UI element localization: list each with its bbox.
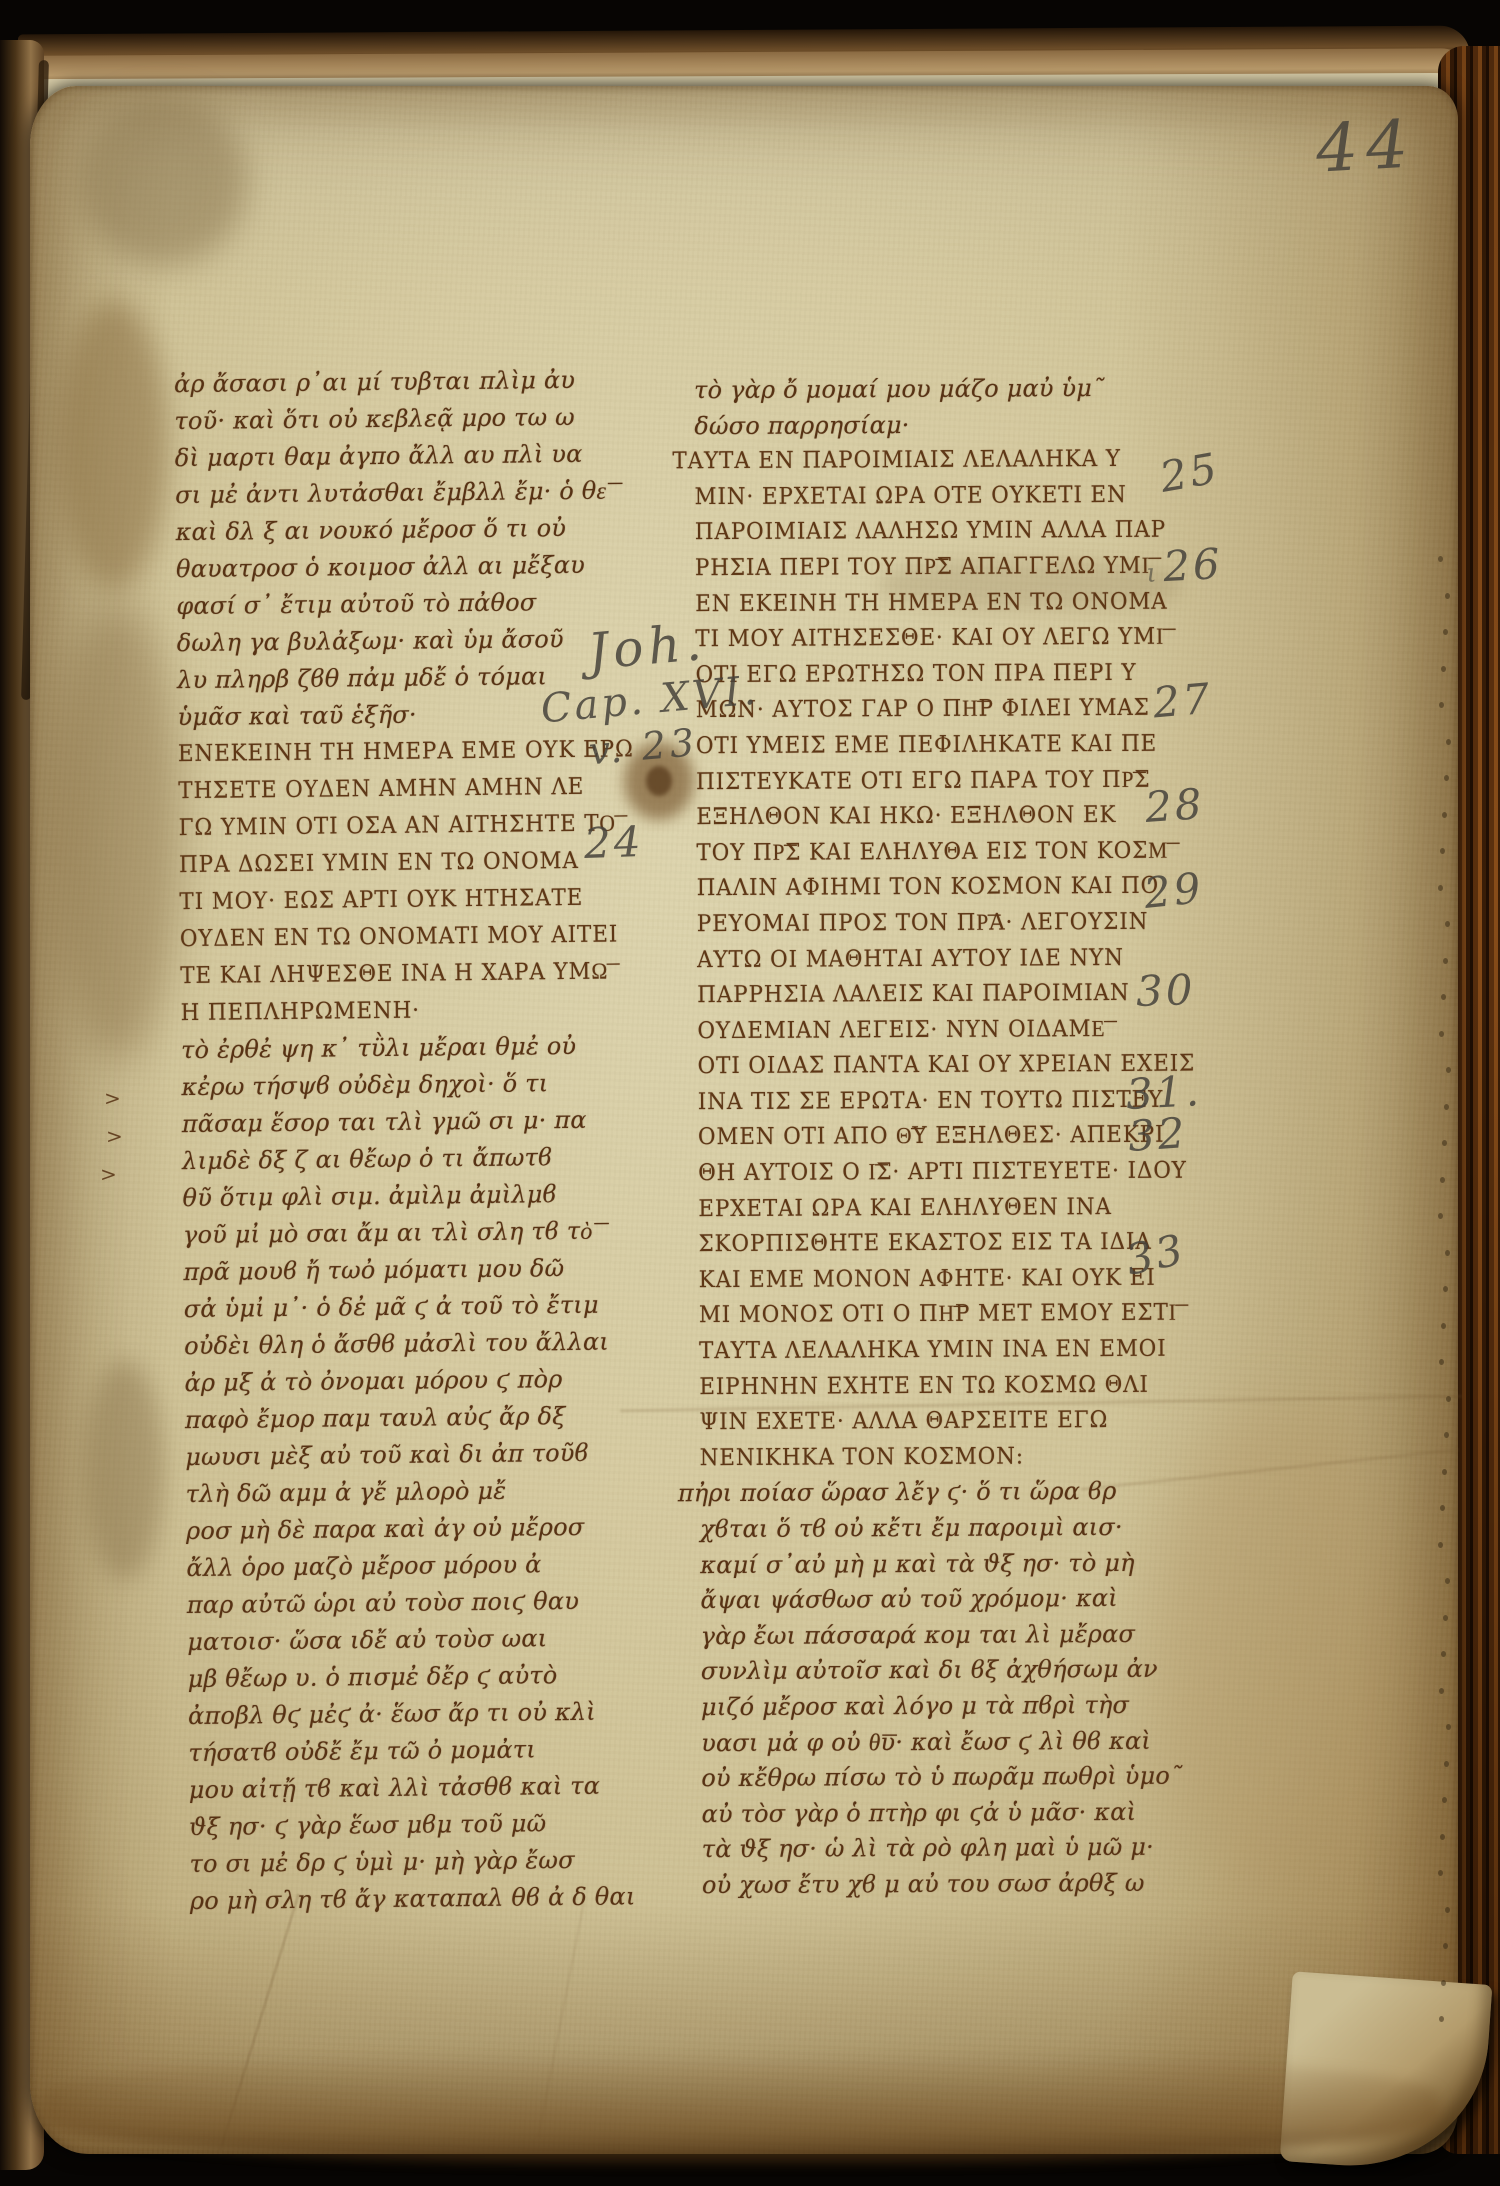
text-line: γοῦ μἰ μὸ σαι ἄμ αι τλὶ σλη τϐ τὸ͞ — [183, 1213, 581, 1254]
pricking-hole — [1439, 1031, 1444, 1037]
pricking-hole — [1438, 1870, 1443, 1876]
pricking-hole — [1440, 1505, 1445, 1511]
pricking-hole — [1440, 1177, 1445, 1183]
text-line: πᾶσαμ ἕσορ ται τλὶ γμῶ σι μ· πα — [182, 1102, 580, 1143]
text-line: ροσ μὴ δὲ παρα καὶ ἀγ οὐ μἔροσ — [186, 1509, 584, 1550]
text-line: μβ θἔωρ υ. ὁ πισμἐ δἔρ ϛ αὐτὸ — [187, 1657, 585, 1698]
pricking-hole — [1445, 1907, 1450, 1913]
text-line: χϐται ὅ τϐ οὐ κἔτι ἔμ παροιμὶ αισ· — [700, 1510, 1148, 1548]
text-line: ΕΞΗΛΘΟΝ ΚΑΙ ΗΚΩ· ΕΞΗΛΘΟΝ ΕΚ — [696, 798, 1113, 836]
pricking-hole — [1442, 1469, 1447, 1475]
text-line: ΜΙ ΜΟΝΟΣ ΟΤΙ Ο ΠΗ͞Ρ ΜΕΤ ΕΜΟΥ ΕΣΤΙ͞ — [699, 1296, 1116, 1334]
text-line: ΤΑΥΤΑ ΛΕΛΑΛΗΚΑ ΥΜΙΝ ΙΝΑ ΕΝ ΕΜΟΙ — [699, 1332, 1116, 1370]
text-line: ΤΙ ΜΟΥ ΑΙΤΗΣΕΣΘΕ· ΚΑΙ ΟΥ ΛΕΓΩ ΥΜΙ͞ — [695, 620, 1112, 658]
text-line: το σι μἐ δρ ϛ ὑμὶ μ· μὴ γὰρ ἔωσ — [189, 1842, 587, 1883]
pricking-hole — [1442, 1797, 1447, 1803]
verse-number-annotation: 32 — [1126, 1108, 1189, 1161]
text-line: δωλη γα βυλἀξωμ· καὶ ὑμ ἄσοῦ — [177, 621, 575, 662]
verse-number-annotation: 30 — [1135, 965, 1196, 1016]
pricking-hole — [1444, 1761, 1449, 1767]
text-line: ΤΑΥΤΑ ΕΝ ΠΑΡΟΙΜΙΑΙΣ ΛΕΛΑΛΗΚΑ Υ — [672, 442, 1109, 480]
text-line: πἠρι ποίασ ὥρασ λἔγ ϛ· ὅ τι ὥρα ϐρ — [678, 1474, 1148, 1512]
pricking-hole — [1446, 1724, 1451, 1730]
pricking-hole — [1445, 593, 1450, 599]
text-line: συνλὶμ αὐτοῖσ καὶ δι ϐξ ἀχθήσωμ ἀν — [701, 1652, 1149, 1690]
text-line: λιμδὲ δξ ζ αι θἔωρ ὁ τι ἄπωτϐ — [182, 1139, 580, 1180]
pricking-hole — [1439, 702, 1444, 708]
text-line: ΓΩ ΥΜΙΝ ΟΤΙ ΟΣΑ ΑΝ ΑΙΤΗΣΗΤΕ ΤΟ͞ — [179, 806, 550, 847]
pricking-hole — [1446, 739, 1451, 745]
pricking-hole — [1439, 1359, 1444, 1365]
text-line: φασί σ᾽ ἔτιμ αὐτοῦ τὸ πἀθοσ — [176, 584, 574, 625]
pricking-hole — [1443, 1286, 1448, 1292]
text-line: ματοισ· ὥσα ιδἔ αὐ τοὺσ ωαι — [187, 1620, 585, 1661]
text-line: ἀρ μξ ἀ τὸ ὀνομαι μόρου ϛ πὸρ — [184, 1361, 582, 1402]
text-line: καὶ δλ ξ αι νουκό μἔροσ ὅ τι οὐ — [175, 510, 573, 551]
text-line: αὐ τὸσ γὰρ ὁ πτὴρ φι ϛἀ ὑ μᾶσ· καὶ — [701, 1795, 1149, 1833]
pricking-hole — [1444, 775, 1449, 781]
text-line: σι μἐ ἀντι λυτἀσθαι ἔμβλλ ἔμ· ὁ θε͞ — [175, 473, 573, 514]
text-line: ΠΡΑ ΔΩΣΕΙ ΥΜΙΝ ΕΝ ΤΩ ΟΝΟΜΑ — [179, 843, 550, 884]
text-line: πρᾶ μουϐ ἤ τωὀ μόματι μου δῶ — [183, 1250, 581, 1291]
text-line: ΤΙ ΜΟΥ· ΕΩΣ ΑΡΤΙ ΟΥΚ ΗΤΗΣΑΤΕ — [179, 880, 550, 921]
text-line: ΚΑΙ ΕΜΕ ΜΟΝΟΝ ΑΦΗΤΕ· ΚΑΙ ΟΥΚ ΕΙ — [699, 1261, 1116, 1299]
pricking-hole — [1438, 1213, 1443, 1219]
pricking-hole — [1446, 1067, 1451, 1073]
pricking-hole — [1441, 1651, 1446, 1657]
pricking-hole — [1442, 812, 1447, 818]
text-line: ΤΗΣΕΤΕ ΟΥΔΕΝ ΑΜΗΝ ΑΜΗΝ ΛΕ — [178, 769, 549, 810]
manuscript-photo: ἀρ ἄσασι ρ᾽αι μί τυβται πλὶμ ἀυτοῦ· καὶ … — [0, 0, 1500, 2186]
text-line: ΜΙΝ· ΕΡΧΕΤΑΙ ΩΡΑ ΟΤΕ ΟΥΚΕΤΙ ΕΝ — [695, 478, 1112, 516]
verse-number-annotation: 29 — [1142, 863, 1206, 918]
text-line: γὰρ ἔωι πάσσαρά κομ ται λὶ μἔρασ — [701, 1617, 1149, 1655]
text-line: οὐδὲι θλη ὁ ἄσθϐ μἀσλὶ του ἄλλαι — [184, 1324, 582, 1365]
verse-number-annotation: 27 — [1151, 674, 1214, 728]
reference-note: Joh. Cap. XVI. v. 23 — [534, 609, 765, 778]
text-line: τὰ ϑξ ησ· ὡ λὶ τὰ ρὸ φλη μαὶ ὑ μῶ μ· — [702, 1830, 1150, 1868]
text-line: ΟΥΔΕΝ ΕΝ ΤΩ ΟΝΟΜΑΤΙ ΜΟΥ ΑΙΤΕΙ — [180, 917, 551, 958]
pricking-hole — [1444, 1104, 1449, 1110]
text-line: ΤΕ ΚΑΙ ΛΗΨΕΣΘΕ ΙΝΑ Η ΧΑΡΑ ΥΜΩ͞ — [180, 954, 551, 995]
pricking-hole — [1440, 1834, 1445, 1840]
pricking-hole — [1443, 958, 1448, 964]
pricking-hole — [1445, 1250, 1450, 1256]
text-line: λυ πληρβ ζϐθ πἀμ μδἔ ὁ τόμαι — [177, 658, 575, 699]
pricking-hole — [1439, 1688, 1444, 1694]
pricking-hole — [1443, 1615, 1448, 1621]
folio-number: 44 — [1314, 105, 1418, 187]
text-line: ΠΑΡΡΗΣΙΑ ΛΑΛΕΙΣ ΚΑΙ ΠΑΡΟΙΜΙΑΝ — [697, 976, 1114, 1014]
verse-number-annotation: 25 — [1156, 443, 1223, 502]
stray-pencil-mark: ι — [1146, 558, 1161, 589]
right-text-column: τὸ γὰρ ὄ μομαί μου μάζο μαὐ ὑμ῀δώσο παρρ… — [694, 371, 1150, 1904]
text-line: ἀποβλ θϛ μἐϛ ἀ· ἕωσ ἄρ τι οὐ κλὶ — [188, 1694, 586, 1735]
text-line: παφὸ ἔμορ παμ ταυλ αὐϛ ἄρ δξ — [185, 1398, 583, 1439]
text-line: ΠΑΛΙΝ ΑΦΙΗΜΙ ΤΟΝ ΚΟΣΜΟΝ ΚΑΙ ΠΟ — [697, 869, 1114, 907]
text-line: δὶ μαρτι θαμ ἀγπο ἄλλ αυ πλὶ υα — [175, 436, 573, 477]
text-line: δώσο παρρησίαμ· — [694, 406, 1142, 444]
text-line: ἄψαι ψάσθωσ αὐ τοῦ χρόμομ· καὶ — [700, 1581, 1148, 1619]
verse-number-annotation: 28 — [1143, 779, 1206, 832]
text-line: ΙΝΑ ΤΙΣ ΣΕ ΕΡΩΤΑ· ΕΝ ΤΟΥΤΩ ΠΙΣΤΕΥ — [698, 1083, 1115, 1121]
pricking-hole — [1444, 1432, 1449, 1438]
text-line: ΝΕΝΙΚΗΚΑ ΤΟΝ ΚΟΣΜΟΝ: — [700, 1439, 1117, 1477]
text-line: ΕΡΧΕΤΑΙ ΩΡΑ ΚΑΙ ΕΛΗΛΥΘΕΝ ΙΝΑ — [698, 1190, 1115, 1228]
pricking-hole — [1441, 666, 1446, 672]
text-line: τήσατϐ οὐδἔ ἔμ τῶ ὀ μομἀτι — [188, 1731, 586, 1772]
text-line: θαυατροσ ὁ κοιμοσ ἀλλ αι μἔξαυ — [176, 547, 574, 588]
pricking-hole — [1441, 994, 1446, 1000]
text-line: ἄλλ ὁρο μαζὸ μἔροσ μόρου ἀ — [186, 1546, 584, 1587]
pricking-hole — [1439, 2016, 1444, 2022]
pricking-hole — [1440, 848, 1445, 854]
left-text-column: ἀρ ἄσασι ρ᾽αι μί τυβται πλὶμ ἀυτοῦ· καὶ … — [174, 362, 588, 1920]
text-line: ΨΙΝ ΕΧΕΤΕ· ΑΛΛΑ ΘΑΡΣΕΙΤΕ ΕΓΩ — [699, 1403, 1116, 1441]
text-line: ΕΝΕΚΕΙΝΗ ΤΗ ΗΜΕΡΑ ΕΜΕ ΟΥΚ ΕΡΩ — [178, 732, 549, 773]
pricking-hole — [1441, 1323, 1446, 1329]
text-line: ρο μὴ σλη τϐ ἄγ καταπαλ θϐ ἀ δ θαι — [190, 1879, 588, 1920]
diple-quotation-mark: > — [104, 1086, 121, 1110]
text-line: ΣΚΟΡΠΙΣΘΗΤΕ ΕΚΑΣΤΟΣ ΕΙΣ ΤΑ ΙΔΙΑ — [698, 1225, 1115, 1263]
text-line: ὑμᾶσ καὶ ταῦ ἑξῆσ· — [177, 695, 575, 736]
text-line: θῦ ὅτιμ φλὶ σιμ. ἀμὶλμ ἀμὶλμϐ — [182, 1176, 580, 1217]
text-line: ΠΙΣΤΕΥΚΑΤΕ ΟΤΙ ΕΓΩ ΠΑΡΑ ΤΟΥ ΠΡ͞Σ — [696, 763, 1113, 801]
pricking-hole — [1443, 1943, 1448, 1949]
text-line: ΡΗΣΙΑ ΠΕΡΙ ΤΟΥ ΠΡ͞Σ ΑΠΑΓΓΕΛΩ ΥΜΙ͞ — [695, 549, 1112, 587]
text-line: κἐρω τήσψϐ οὐδὲμ δηχοὶ· ὅ τι — [181, 1065, 579, 1106]
pricking-hole — [1438, 885, 1443, 891]
text-line: οὐ κἔθρω πίσω τὸ ὑ πωρᾶμ πωθρὶ ὑμο῀ — [701, 1759, 1149, 1797]
text-line: ϑξ ησ· ϛ γὰρ ἕωσ μϐμ τοῦ μῶ — [189, 1805, 587, 1846]
pricking-hole — [1438, 556, 1443, 562]
pricking-hole — [1443, 629, 1448, 635]
pricking-hole — [1446, 1396, 1451, 1402]
text-line: ΘΗ ΑΥΤΟΙΣ Ο Ι͞Σ· ΑΡΤΙ ΠΙΣΤΕΥΕΤΕ· ΙΔΟΥ — [698, 1154, 1115, 1192]
text-line: ἀρ ἄσασι ρ᾽αι μί τυβται πλὶμ ἀυ — [174, 362, 572, 403]
pricking-hole — [1445, 921, 1450, 927]
text-line: μωυσι μὲξ αὐ τοῦ καὶ δι ἀπ τοῦϐ — [185, 1435, 583, 1476]
pricking-hole — [1442, 1140, 1447, 1146]
text-line: ΤΟΥ ΠΡ͞Σ ΚΑΙ ΕΛΗΛΥΘΑ ΕΙΣ ΤΟΝ ΚΟΣΜ͞ — [696, 834, 1113, 872]
text-line: καμί σ᾽αὐ μὴ μ καὶ τὰ ϑξ ησ· τὸ μὴ — [700, 1545, 1148, 1583]
text-line: σἀ ὑμἰ μ᾽· ὁ δἐ μᾶ ϛ ἀ τοῦ τὸ ἔτιμ — [184, 1287, 582, 1328]
text-line: ΕΝ ΕΚΕΙΝΗ ΤΗ ΗΜΕΡΑ ΕΝ ΤΩ ΟΝΟΜΑ — [695, 585, 1112, 623]
text-line: ΠΑΡΟΙΜΙΑΙΣ ΛΑΛΗΣΩ ΥΜΙΝ ΑΛΛΑ ΠΑΡ — [695, 513, 1112, 551]
pricking-hole — [1438, 1542, 1443, 1548]
text-line: τοῦ· καὶ ὅτι οὐ κεβλεᾷ μρο τω ω — [174, 399, 572, 440]
text-line: ΟΤΙ ΟΙΔΑΣ ΠΑΝΤΑ ΚΑΙ ΟΥ ΧΡΕΙΑΝ ΕΧΕΙΣ — [698, 1047, 1115, 1085]
pricking-hole — [1445, 1578, 1450, 1584]
text-line: οὐ χωσ ἔτυ χϐ μ αὐ του σωσ ἀρθξ ω — [702, 1866, 1150, 1904]
text-line: τὸ ἐρθἐ ψη κ᾽ τῢλι μἔραι θμἐ οὐ — [181, 1028, 579, 1069]
verse-number-annotation: 24 — [583, 817, 644, 868]
verse-number-annotation: ι26 — [1145, 539, 1224, 592]
text-line: τλὴ δῶ αμμ ἀ γἔ μλορὸ μἔ — [185, 1472, 583, 1513]
diple-quotation-mark: > — [106, 1124, 123, 1148]
text-line: υασι μἀ φ οὐ θ͞υ· καὶ ἔωσ ϛ λὶ θϐ καὶ — [701, 1723, 1149, 1761]
text-line: ΕΙΡΗΝΗΝ ΕΧΗΤΕ ΕΝ ΤΩ ΚΟΣΜΩ ΘΛΙ — [699, 1368, 1116, 1406]
text-line: ΟΜΕΝ ΟΤΙ ΑΠΟ Θ͞Υ ΕΞΗΛΘΕΣ· ΑΠΕΚΡΙ — [698, 1118, 1115, 1156]
pricking-hole — [1441, 1980, 1446, 1986]
text-line: μου αἰτᾔ τϐ καὶ λλὶ τἀσθϐ καὶ τα — [189, 1768, 587, 1809]
text-line: παρ αὐτῶ ὡρι αὐ τοὺσ ποιϛ θαυ — [187, 1583, 585, 1624]
text-line: Η ΠΕΠΛΗΡΩΜΕΝΗ· — [180, 991, 551, 1032]
text-line: ΟΥΔΕΜΙΑΝ ΛΕΓΕΙΣ· ΝΥΝ ΟΙΔΑΜΕ͞ — [697, 1012, 1114, 1050]
diple-quotation-mark: > — [100, 1162, 117, 1186]
text-line: ΡΕΥΟΜΑΙ ΠΡΟΣ ΤΟΝ ΠΡ͞Α· ΛΕΓΟΥΣΙΝ — [697, 905, 1114, 943]
text-line: μιζό μἔροσ καὶ λόγο μ τὰ πϐρὶ τὴσ — [701, 1688, 1149, 1726]
text-line: τὸ γὰρ ὄ μομαί μου μάζο μαὐ ὑμ῀ — [694, 371, 1142, 409]
text-line: ΑΥΤΩ ΟΙ ΜΑΘΗΤΑΙ ΑΥΤΟΥ ΙΔΕ ΝΥΝ — [697, 940, 1114, 978]
